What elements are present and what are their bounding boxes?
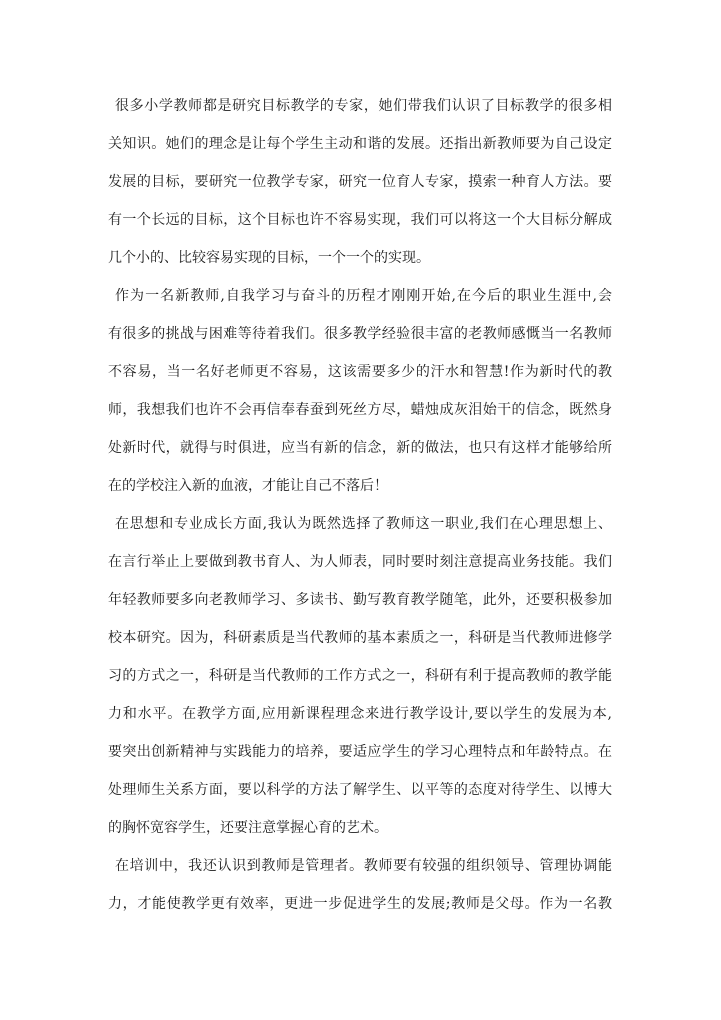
text-line: 在思想和专业成长方面,我认为既然选择了教师这一职业,我们在心理思想上、 (108, 505, 612, 543)
text-line: 在言行举止上要做到教书育人、为人师表，同时要时刻注意提高业务技能。我们 (108, 543, 612, 581)
text-line: 有很多的挑战与困难等待着我们。很多教学经验很丰富的老教师感慨当一名教师 (108, 315, 612, 353)
text-line: 校本研究。因为，科研素质是当代教师的基本素质之一，科研是当代教师进修学 (108, 619, 612, 657)
text-line: 处新时代，就得与时俱进，应当有新的信念，新的做法，也只有这样才能够给所 (108, 429, 612, 467)
text-line: 师，我想我们也许不会再信奉春蚕到死丝方尽，蜡烛成灰泪始干的信念，既然身 (108, 391, 612, 429)
paragraph: 作为一名新教师,自我学习与奋斗的历程才刚刚开始,在今后的职业生涯中,会有很多的挑… (108, 277, 612, 505)
paragraph: 很多小学教师都是研究目标教学的专家，她们带我们认识了目标教学的很多相关知识。她们… (108, 87, 612, 277)
paragraph: 在思想和专业成长方面,我认为既然选择了教师这一职业,我们在心理思想上、在言行举止… (108, 505, 612, 847)
document-page: 很多小学教师都是研究目标教学的专家，她们带我们认识了目标教学的很多相关知识。她们… (0, 0, 721, 1020)
text-line: 年轻教师要多向老教师学习、多读书、勤写教育教学随笔，此外，还要积极参加 (108, 581, 612, 619)
paragraph: 在培训中，我还认识到教师是管理者。教师要有较强的组织领导、管理协调能力，才能使教… (108, 847, 612, 923)
text-line: 几个小的、比较容易实现的目标，一个一个的实现。 (108, 239, 612, 277)
text-line: 的胸怀宽容学生，还要注意掌握心育的艺术。 (108, 809, 612, 847)
text-line: 不容易，当一名好老师更不容易，这该需要多少的汗水和智慧!作为新时代的教 (108, 353, 612, 391)
text-line: 有一个长远的目标，这个目标也许不容易实现，我们可以将这一个大目标分解成 (108, 201, 612, 239)
text-line: 要突出创新精神与实践能力的培养，要适应学生的学习心理特点和年龄特点。在 (108, 733, 612, 771)
text-line: 力和水平。在教学方面,应用新课程理念来进行教学设计,要以学生的发展为本, (108, 695, 612, 733)
text-line: 处理师生关系方面，要以科学的方法了解学生、以平等的态度对待学生、以博大 (108, 771, 612, 809)
text-line: 在的学校注入新的血液，才能让自己不落后！ (108, 467, 612, 505)
text-line: 习的方式之一，科研是当代教师的工作方式之一，科研有利于提高教师的教学能 (108, 657, 612, 695)
text-line: 发展的目标，要研究一位教学专家，研究一位育人专家，摸索一种育人方法。要 (108, 163, 612, 201)
text-line: 关知识。她们的理念是让每个学生主动和谐的发展。还指出新教师要为自己设定 (108, 125, 612, 163)
text-line: 在培训中，我还认识到教师是管理者。教师要有较强的组织领导、管理协调能 (108, 847, 612, 885)
text-line: 力，才能使教学更有效率，更进一步促进学生的发展;教师是父母。作为一名教 (108, 885, 612, 923)
text-body: 很多小学教师都是研究目标教学的专家，她们带我们认识了目标教学的很多相关知识。她们… (108, 87, 612, 923)
text-line: 作为一名新教师,自我学习与奋斗的历程才刚刚开始,在今后的职业生涯中,会 (108, 277, 612, 315)
text-line: 很多小学教师都是研究目标教学的专家，她们带我们认识了目标教学的很多相 (108, 87, 612, 125)
